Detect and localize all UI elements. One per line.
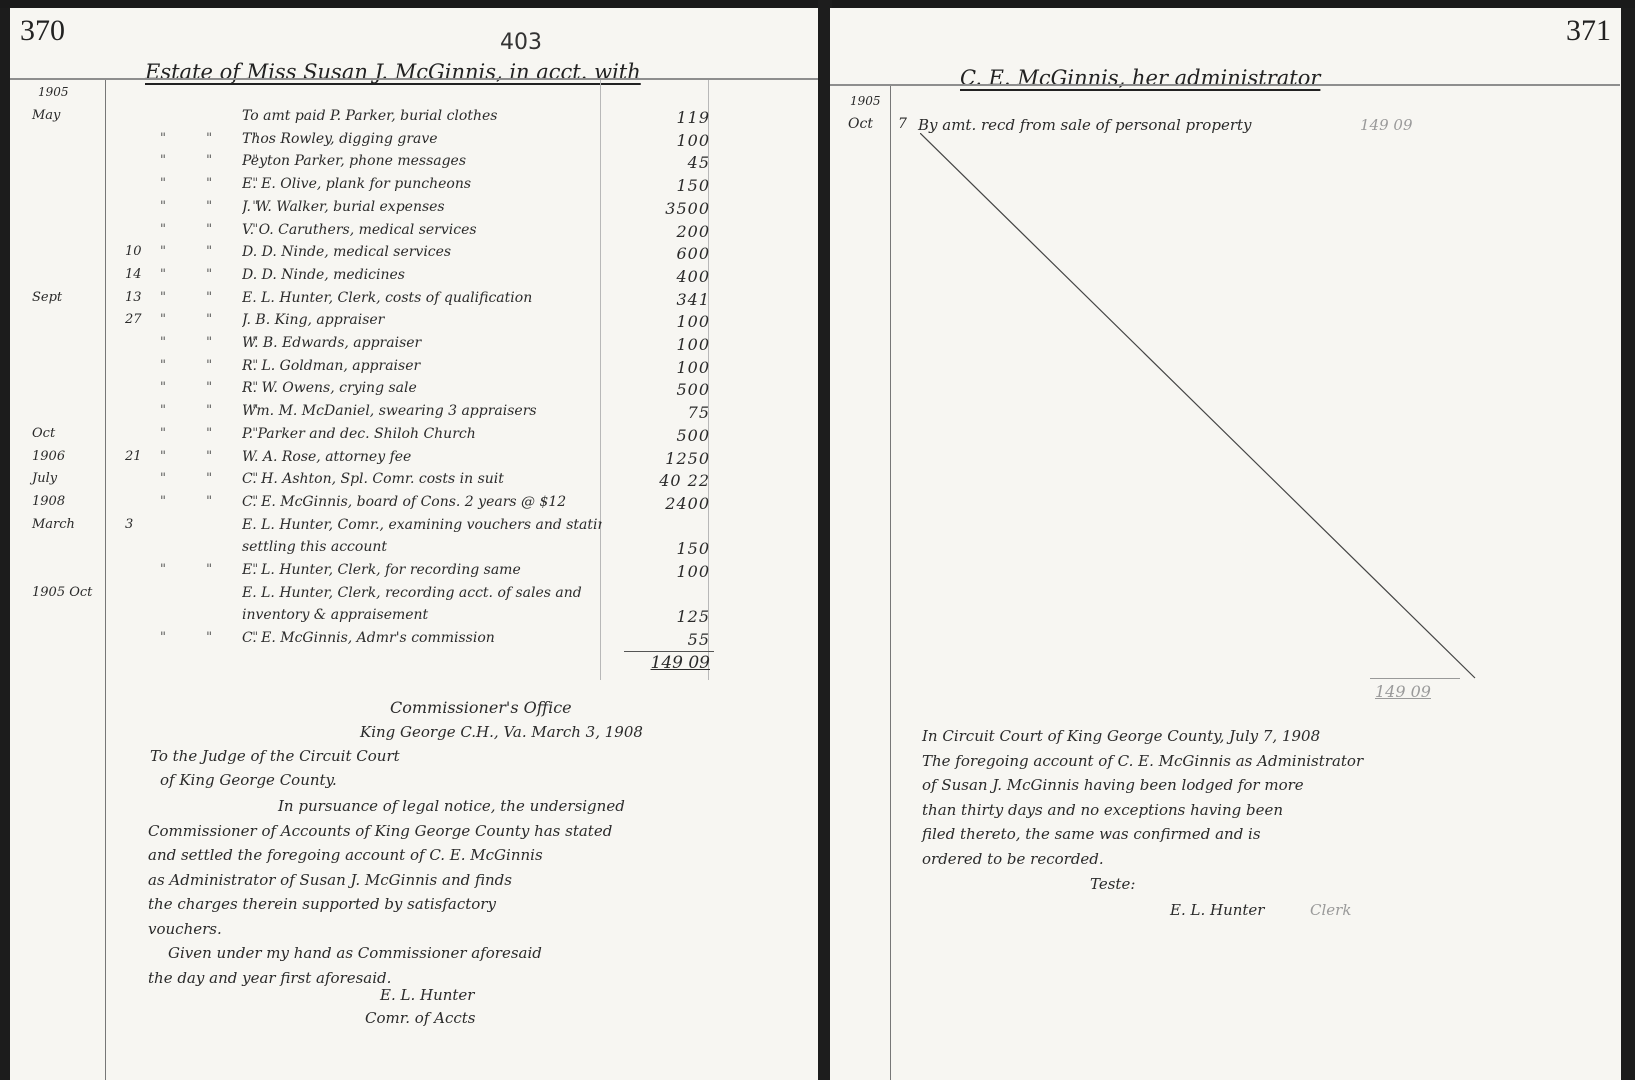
ditto-marks: " "	[160, 290, 250, 305]
ditto-marks: " " "	[160, 131, 250, 146]
ledger-heading-right: C. E. McGinnis, her administrator	[960, 66, 1320, 90]
entry-amount: 500	[600, 380, 710, 399]
clerk-title: Clerk	[1310, 898, 1351, 923]
court-order-line: ordered to be recorded.	[922, 847, 1363, 872]
entry-description: P. Parker and dec. Shiloh Church	[242, 426, 602, 442]
ditto-marks: " " "	[160, 380, 250, 395]
entry-description: W. B. Edwards, appraiser	[242, 335, 602, 351]
ledger-row: 27" "J. B. King, appraiser100	[10, 312, 822, 335]
ditto-marks: " " "	[160, 426, 250, 441]
entry-description: R. L. Goldman, appraiser	[242, 358, 602, 374]
certificate-line: the charges therein supported by satisfa…	[148, 892, 625, 917]
entry-description: E. L. Hunter, Comr., examining vouchers …	[242, 517, 602, 533]
court-order-line: filed thereto, the same was confirmed an…	[922, 822, 1363, 847]
ditto-marks: " "	[160, 449, 250, 464]
ditto-marks: " " "	[160, 471, 250, 486]
entry-day: 3	[125, 517, 153, 532]
ledger-row: 10" "D. D. Ninde, medical services600	[10, 244, 822, 267]
commissioner-office: Commissioner's Office	[390, 696, 572, 721]
date-column-rule-right	[890, 86, 891, 1080]
ledger-row: Oct" " "P. Parker and dec. Shiloh Church…	[10, 426, 822, 449]
ledger-row: " " "E. L. Hunter, Clerk, for recording …	[10, 562, 822, 585]
certificate-line: Given under my hand as Commissioner afor…	[148, 941, 625, 966]
entry-amount: 75	[600, 403, 710, 422]
entry-description: C. E. McGinnis, board of Cons. 2 years @…	[242, 494, 602, 510]
ledger-total-right: 149 09	[1375, 682, 1431, 701]
entry-amount: 55	[600, 630, 710, 649]
ledger-row: " " "V. O. Caruthers, medical services20…	[10, 222, 822, 245]
entry-description: E. L. Hunter, Clerk, costs of qualificat…	[242, 290, 602, 306]
certificate-line: and settled the foregoing account of C. …	[148, 843, 625, 868]
ledger-row: " " "R. W. Owens, crying sale500	[10, 380, 822, 403]
entry-description: D. D. Ninde, medicines	[242, 267, 602, 283]
entry-description: Peyton Parker, phone messages	[242, 153, 602, 169]
entry-description: Thos Rowley, digging grave	[242, 131, 602, 147]
ledger-row: March3E. L. Hunter, Comr., examining vou…	[10, 517, 822, 540]
certificate-line: as Administrator of Susan J. McGinnis an…	[148, 868, 625, 893]
year-label-right: 1905	[850, 94, 881, 108]
ledger-total-left: 149 09	[600, 653, 710, 673]
entry-month: 1906	[32, 449, 102, 464]
ditto-marks: " "	[160, 267, 250, 282]
ledger-row: " " "Peyton Parker, phone messages45	[10, 153, 822, 176]
entry-amount: 341	[600, 290, 710, 309]
ditto-marks: " " "	[160, 222, 250, 237]
ledger-row: " " "R. L. Goldman, appraiser100	[10, 358, 822, 381]
total-rule	[624, 651, 714, 652]
ledger-row: Sept13" "E. L. Hunter, Clerk, costs of q…	[10, 290, 822, 313]
address-line-2: of King George County.	[160, 768, 337, 793]
certificate-line: In pursuance of legal notice, the unders…	[148, 794, 625, 819]
entry-description: C. E. McGinnis, Admr's commission	[242, 630, 602, 646]
entry-description: E. E. Olive, plank for puncheons	[242, 176, 602, 192]
ledger-row: " " "C. E. McGinnis, Admr's commission55	[10, 630, 822, 653]
entry-amount: 119	[600, 108, 710, 127]
entry-amount: 1250	[600, 449, 710, 468]
entry-amount: 500	[600, 426, 710, 445]
credit-day: 7	[898, 116, 907, 132]
entry-amount: 100	[600, 562, 710, 581]
commissioner-title: Comr. of Accts	[365, 1006, 476, 1031]
credit-amount: 149 09	[1360, 116, 1413, 134]
ditto-marks: " " "	[160, 358, 250, 373]
credit-month: Oct	[848, 116, 873, 132]
page-number-left: 370	[20, 14, 65, 48]
entry-amount: 45	[600, 153, 710, 172]
ledger-row: " " "J. W. Walker, burial expenses3500	[10, 199, 822, 222]
ledger-row: inventory & appraisement125	[10, 607, 822, 630]
court-order-line: The foregoing account of C. E. McGinnis …	[922, 749, 1363, 774]
entry-amount: 40 22	[600, 471, 710, 490]
entry-day: 27	[125, 312, 153, 327]
court-order-line: than thirty days and no exceptions havin…	[922, 798, 1363, 823]
ledger-row: MayTo amt paid P. Parker, burial clothes…	[10, 108, 822, 131]
ditto-marks: " " "	[160, 562, 250, 577]
certificate-line: Commissioner of Accounts of King George …	[148, 819, 625, 844]
stamp-number: 403	[500, 30, 542, 55]
ditto-marks: " " "	[160, 630, 250, 645]
entry-description: Wm. M. McDaniel, swearing 3 appraisers	[242, 403, 602, 419]
entry-month: March	[32, 517, 102, 532]
cancel-diagonal-line	[920, 133, 1480, 683]
ditto-marks: " " "	[160, 199, 250, 214]
entry-day: 10	[125, 244, 153, 259]
ledger-row: " " "Thos Rowley, digging grave100	[10, 131, 822, 154]
right-ledger-page: 371 C. E. McGinnis, her administrator 19…	[830, 8, 1635, 1080]
ledger-row: " " "E. E. Olive, plank for puncheons150	[10, 176, 822, 199]
credit-description: By amt. recd from sale of personal prope…	[918, 116, 1252, 134]
entry-month: 1905 Oct	[32, 585, 102, 600]
entry-description: E. L. Hunter, Clerk, recording acct. of …	[242, 585, 602, 601]
entry-description: E. L. Hunter, Clerk, for recording same	[242, 562, 602, 578]
court-order-line: of Susan J. McGinnis having been lodged …	[922, 773, 1363, 798]
entry-amount: 100	[600, 312, 710, 331]
entry-description: J. B. King, appraiser	[242, 312, 602, 328]
entry-description: W. A. Rose, attorney fee	[242, 449, 602, 465]
ledger-row: July" " "C. H. Ashton, Spl. Comr. costs …	[10, 471, 822, 494]
ditto-marks: " " "	[160, 494, 250, 509]
total-rule-right	[1370, 678, 1460, 679]
entry-amount: 150	[600, 539, 710, 558]
left-ledger-page: 370 403 Estate of Miss Susan J. McGinnis…	[0, 8, 822, 1080]
entry-month: Oct	[32, 426, 102, 441]
entry-amount: 100	[600, 335, 710, 354]
ledger-row: settling this account150	[10, 539, 822, 562]
ditto-marks: " " "	[160, 403, 250, 418]
certificate-line: vouchers.	[148, 917, 625, 942]
entry-day: 13	[125, 290, 153, 305]
entry-description: settling this account	[242, 539, 602, 555]
entry-amount: 2400	[600, 494, 710, 513]
heading-rule-right	[830, 84, 1620, 86]
entry-amount: 100	[600, 358, 710, 377]
entry-amount: 100	[600, 131, 710, 150]
entry-amount: 125	[600, 607, 710, 626]
entry-month: July	[32, 471, 102, 486]
entry-description: R. W. Owens, crying sale	[242, 380, 602, 396]
entry-amount: 3500	[600, 199, 710, 218]
entry-amount: 600	[600, 244, 710, 263]
place-date: King George C.H., Va. March 3, 1908	[360, 720, 643, 745]
ditto-marks: " " "	[160, 153, 250, 168]
entry-month: Sept	[32, 290, 102, 305]
entry-amount: 150	[600, 176, 710, 195]
ditto-marks: " "	[160, 244, 250, 259]
entry-description: V. O. Caruthers, medical services	[242, 222, 602, 238]
commissioner-signature: E. L. Hunter	[380, 983, 474, 1008]
ledger-row: 1905 OctE. L. Hunter, Clerk, recording a…	[10, 585, 822, 608]
court-order-line: In Circuit Court of King George County, …	[922, 724, 1363, 749]
entry-month: May	[32, 108, 102, 123]
clerk-signature: E. L. Hunter	[1170, 898, 1264, 923]
entry-description: J. W. Walker, burial expenses	[242, 199, 602, 215]
entry-month: 1908	[32, 494, 102, 509]
entry-day: 14	[125, 267, 153, 282]
ledger-heading-left: Estate of Miss Susan J. McGinnis, in acc…	[145, 60, 641, 84]
ledger-row: 1908" " "C. E. McGinnis, board of Cons. …	[10, 494, 822, 517]
entry-day: 21	[125, 449, 153, 464]
court-order-text: In Circuit Court of King George County, …	[922, 724, 1363, 871]
address-line-1: To the Judge of the Circuit Court	[150, 744, 400, 769]
year-label-left: 1905	[38, 85, 69, 99]
entry-description: C. H. Ashton, Spl. Comr. costs in suit	[242, 471, 602, 487]
entry-description: inventory & appraisement	[242, 607, 602, 623]
entry-description: D. D. Ninde, medical services	[242, 244, 602, 260]
teste-label: Teste:	[1090, 872, 1135, 897]
certificate-body: In pursuance of legal notice, the unders…	[148, 794, 625, 990]
page-number-right: 371	[1566, 14, 1611, 48]
ditto-marks: " " "	[160, 335, 250, 350]
entry-amount: 400	[600, 267, 710, 286]
heading-rule	[10, 78, 822, 80]
ledger-row: 190621" "W. A. Rose, attorney fee1250	[10, 449, 822, 472]
ledger-row: 14" "D. D. Ninde, medicines400	[10, 267, 822, 290]
entry-amount: 200	[600, 222, 710, 241]
ditto-marks: " "	[160, 312, 250, 327]
ledger-row: " " "Wm. M. McDaniel, swearing 3 apprais…	[10, 403, 822, 426]
ledger-row: " " "W. B. Edwards, appraiser100	[10, 335, 822, 358]
ditto-marks: " " "	[160, 176, 250, 191]
entry-description: To amt paid P. Parker, burial clothes	[242, 108, 602, 124]
